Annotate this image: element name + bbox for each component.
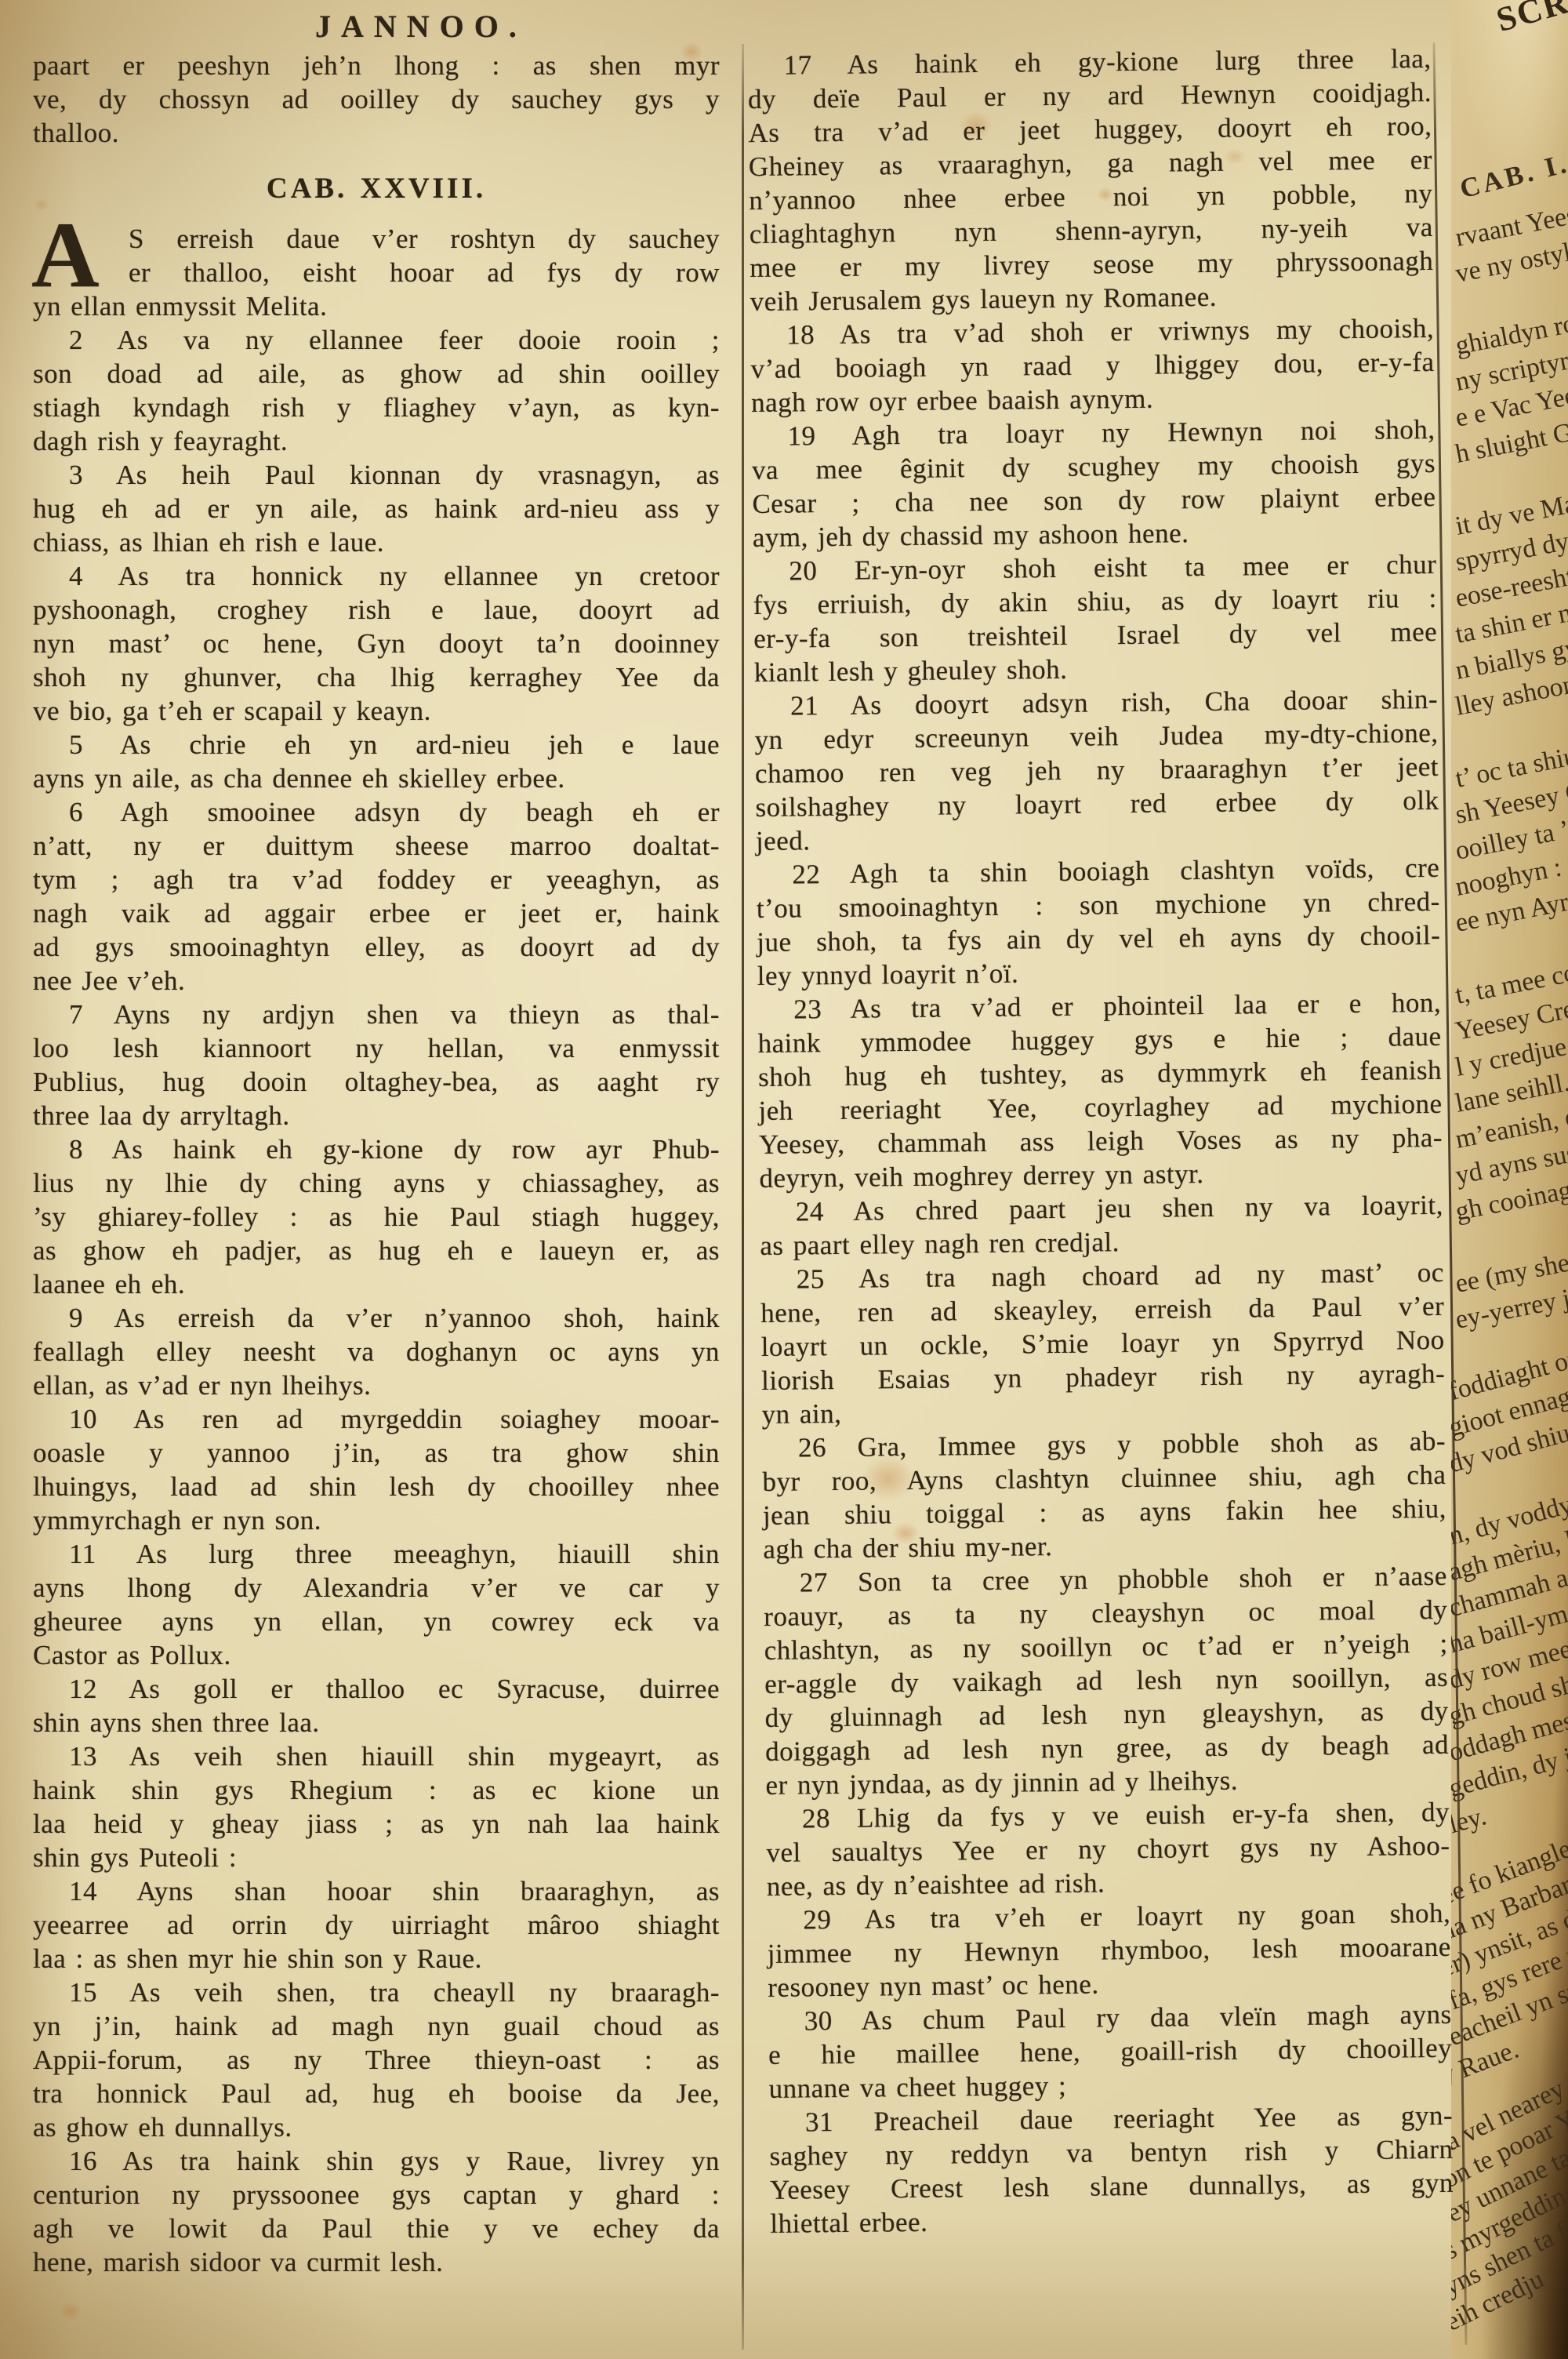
book-page-photo: { "page": { "running_head": "JANNOO.", "…	[0, 0, 1568, 2359]
verse: 17 As haink eh gy-kione lurg three laa,d…	[747, 42, 1434, 318]
verse-line: ayns lhong dy Alexandria v’er ve car y	[33, 1571, 720, 1605]
next-page-fragments: rvaant Yeeseyve ny ostyl, sghialdyn rony…	[1453, 221, 1568, 2350]
verse-line: Castor as Pollux.	[33, 1638, 720, 1672]
verse-line: mee er my livrey seose my phryssoonagh	[750, 244, 1433, 285]
verse-line: Yeesey Creest lesh slane dunnallys, as g…	[770, 2166, 1454, 2207]
verse: 25 As tra nagh choard ad ny mast’ ochene…	[760, 1256, 1446, 1431]
verse-line: yn j’in, haink ad magh nyn guail choud a…	[33, 2009, 720, 2043]
verse: 18 As tra v’ad shoh er vriwnys my choois…	[750, 311, 1435, 420]
verse-line: 15 As veih shen, tra cheayll ny braaragh…	[33, 1976, 720, 2009]
text-line: thalloo.	[33, 116, 720, 150]
verse: 7 Ayns ny ardjyn shen va thieyn as thal-…	[33, 998, 720, 1132]
text-line: er thalloo, eisht hooar ad fys dy row	[129, 256, 720, 289]
verse: 11 As lurg three meeaghyn, hiauill shina…	[33, 1537, 720, 1672]
running-head: JANNOO.	[315, 8, 527, 45]
verse-line: Cesar ; cha nee son dy row plaiynt erbee	[752, 480, 1436, 521]
verse-line: pyshoonagh, croghey rish e laue, dooyrt …	[33, 593, 720, 627]
verse-line: ve bio, ga t’eh er scapail y keayn.	[33, 694, 720, 728]
verse-line: 8 As haink eh gy-kione dy row ayr Phub-	[33, 1132, 720, 1166]
verse-line: ooasle y yannoo j’in, as tra ghow shin	[33, 1436, 720, 1470]
verse-line: haink shin gys Rhegium : as ec kione un	[33, 1773, 720, 1807]
right-column: 17 As haink eh gy-kione lurg three laa,d…	[747, 42, 1454, 2241]
verse-line: three laa dy arryltagh.	[33, 1099, 720, 1132]
verse: 30 As chum Paul ry daa vleïn magh aynse …	[768, 1997, 1452, 2106]
column-rule-center	[742, 44, 744, 2350]
verse-line: stiagh kyndagh rish y fliaghey v’ayn, as…	[33, 391, 720, 424]
verse-line: 16 As tra haink shin gys y Raue, livrey …	[33, 2144, 720, 2178]
verse-line: v’ad booiagh yn raad y lhiggey dou, er-y…	[750, 345, 1434, 386]
verse-line: tra honnick Paul ad, hug eh booise da Je…	[33, 2077, 720, 2110]
verse: 24 As chred paart jeu shen ny va loayrit…	[760, 1188, 1444, 1263]
verse-line: nee Jee v’eh.	[33, 964, 720, 998]
verse-line: laa : as shen myr hie shin son y Raue.	[33, 1942, 720, 1976]
text-line: ve, dy chossyn ad ooilley dy sauchey gys…	[33, 82, 720, 116]
verse-line: 2 As va ny ellannee feer dooie rooin ;	[33, 323, 720, 357]
verse-line: 13 As veih shen hiauill shin mygeayrt, a…	[33, 1739, 720, 1773]
verse-line: gheuree ayns yn ellan, yn cowrey eck va	[33, 1605, 720, 1638]
verse-line: soilshaghey ny loayrt red erbee dy olk	[755, 783, 1439, 824]
verse-line: shin ayns shen three laa.	[33, 1706, 720, 1739]
verse-line: 10 As ren ad myrgeddin soiaghey mooar-	[33, 1402, 720, 1436]
verse-line: shoh ny ghunver, cha lhig kerraghey Yee …	[33, 660, 720, 694]
verse: 14 Ayns shan hooar shin braaraghyn, asye…	[33, 1874, 720, 1976]
text-line: paart er peeshyn jeh’n lhong : as shen m…	[33, 49, 720, 82]
verse: 26 Gra, Immee gys y pobble shoh as ab-by…	[762, 1424, 1447, 1566]
verse-line: centurion ny pryssoonee gys captan y gha…	[33, 2178, 720, 2212]
verse-line: 9 As erreish da v’er n’yannoo shoh, hain…	[33, 1301, 720, 1335]
verse-line: laanee eh eh.	[33, 1267, 720, 1301]
verse-line: Yeesey, chammah ass leigh Voses as ny ph…	[759, 1121, 1443, 1161]
verse-line: jimmee ny Hewnyn rhymboo, lesh mooarane	[768, 1930, 1451, 1971]
verse: 20 Er-yn-oyr shoh eisht ta mee er churfy…	[753, 547, 1438, 689]
verse-line: 11 As lurg three meeaghyn, hiauill shin	[33, 1537, 720, 1571]
verse-line: feallagh elley neesht va doghanyn oc ayn…	[33, 1335, 720, 1369]
chapter-opening-verse: A S erreish daue v’er roshtyn dy sauchey…	[33, 222, 720, 323]
verse-line: tym ; agh tra v’ad foddey er yeeaghyn, a…	[33, 863, 720, 896]
verse-line: e hie maillee hene, goaill-rish dy chooi…	[768, 2031, 1452, 2072]
verse-line: doiggagh ad lesh nyn gree, as dy beagh a…	[765, 1728, 1449, 1768]
verse: 29 As tra v’eh er loayrt ny goan shoh,ji…	[767, 1896, 1451, 2005]
verse-line: son doad ad aile, as ghow ad shin ooille…	[33, 357, 720, 391]
verse: 31 Preacheil daue reeriaght Yee as gyn-s…	[769, 2099, 1454, 2241]
verse: 13 As veih shen hiauill shin mygeayrt, a…	[33, 1739, 720, 1874]
verse: 19 Agh tra loayr ny Hewnyn noi shoh,va m…	[751, 413, 1436, 554]
verse-line: 4 As tra honnick ny ellannee yn cretoor	[33, 559, 720, 593]
verse-line: hene, marish sidoor va curmit lesh.	[33, 2245, 720, 2279]
next-page-curled-edge: SCREE CAB. I. rvaant Yeeseyve ny ostyl, …	[1451, 0, 1568, 2359]
verse-line: ad gys smooinaghtyn elley, as dooyrt ad …	[33, 930, 720, 964]
left-column: paart er peeshyn jeh’n lhong : as shen m…	[33, 49, 720, 2279]
verse-line: jean shiu toiggal : as ayns fakin hee sh…	[763, 1492, 1446, 1532]
verse-line: 5 As chrie eh yn ard-nieu jeh e laue	[33, 728, 720, 761]
verse-line: vel saualtys Yee er ny choyrt gys ny Ash…	[766, 1829, 1450, 1870]
opening-lines: S erreish daue v’er roshtyn dy saucheyer…	[33, 222, 720, 323]
verse: 6 Agh smooinee adsyn dy beagh eh ern’att…	[33, 795, 720, 998]
verse-line: n’att, ny er duittym sheese marroo doalt…	[33, 829, 720, 863]
verse-line: 24 As chred paart jeu shen ny va loayrit…	[760, 1188, 1443, 1229]
verse-line: ymmyrchagh er nyn son.	[33, 1503, 720, 1537]
drop-cap: A	[31, 219, 100, 291]
next-page-running-head-fragment: SCREE	[1492, 0, 1568, 40]
verse-line: 12 As goll er thalloo ec Syracuse, duirr…	[33, 1672, 720, 1706]
verse: 10 As ren ad myrgeddin soiaghey mooar-oo…	[33, 1402, 720, 1537]
verse-line: ’sy ghiarey-folley : as hie Paul stiagh …	[33, 1200, 720, 1234]
verse: 4 As tra honnick ny ellannee yn cretoorp…	[33, 559, 720, 728]
verse-line: yeearree ad orrin dy uirriaght mâroo shi…	[33, 1908, 720, 1942]
verse: 2 As va ny ellannee feer dooie rooin ;so…	[33, 323, 720, 458]
verse-line: as ghow eh padjer, as hug eh e laueyn er…	[33, 1234, 720, 1267]
verse: 8 As haink eh gy-kione dy row ayr Phub-l…	[33, 1132, 720, 1301]
verse-line: chiass, as lhian eh rish e laue.	[33, 525, 720, 559]
verse: 9 As erreish da v’er n’yannoo shoh, hain…	[33, 1301, 720, 1402]
verse-line: Publius, hug dooin oltaghey-bea, as aagh…	[33, 1065, 720, 1099]
previous-chapter-continuation: paart er peeshyn jeh’n lhong : as shen m…	[33, 49, 720, 150]
verse-line: loo lesh kiannoort ny hellan, va enmyssi…	[33, 1031, 720, 1065]
chapter-heading: CAB. XXVIII.	[33, 172, 720, 206]
verse-line: as ghow eh dunnallys.	[33, 2110, 720, 2144]
verse-line: lhiettal erbee.	[770, 2200, 1454, 2241]
verse-line: Appii-forum, as ny Three thieyn-oast : a…	[33, 2043, 720, 2077]
verse-line: shin gys Puteoli :	[33, 1841, 720, 1874]
verse: 5 As chrie eh yn ard-nieu jeh e laueayns…	[33, 728, 720, 795]
verse-line: 7 Ayns ny ardjyn shen va thieyn as thal-	[33, 998, 720, 1031]
verse-line: hug eh ad er yn aile, as haink ard-nieu …	[33, 492, 720, 525]
verse: 23 As tra v’ad er phointeil laa er e hon…	[757, 986, 1443, 1195]
verse-line: dagh rish y feayraght.	[33, 424, 720, 458]
verse-line: lius ny lhie dy ching ayns y chiassaghey…	[33, 1166, 720, 1200]
verse-line: liorish Esaias yn phadeyr rish ny ayragh…	[761, 1357, 1445, 1398]
verse-line: nyn mast’ oc hene, Gyn dooyt ta’n dooinn…	[33, 627, 720, 660]
verse-line: er-y-fa son treishteil Israel dy vel mee	[753, 615, 1437, 656]
verse: 28 Lhig da fys y ve euish er-y-fa shen, …	[766, 1795, 1450, 1903]
verse-line: ayns yn aile, as cha dennee eh skielley …	[33, 761, 720, 795]
left-verses: 2 As va ny ellannee feer dooie rooin ;so…	[33, 323, 720, 2279]
verse: 27 Son ta cree yn phobble shoh er n’aase…	[764, 1559, 1450, 1802]
next-page-chapter-heading: CAB. I.	[1457, 147, 1568, 205]
verse-line: laa heid y gheay jiass ; as yn nah laa h…	[33, 1807, 720, 1841]
verse-line: jue shoh, ta fys ain dy vel eh ayns dy c…	[757, 918, 1440, 959]
verse-line: agh ve lowit da Paul thie y ve echey da	[33, 2212, 720, 2245]
next-page-content: SCREE CAB. I. rvaant Yeeseyve ny ostyl, …	[1451, 0, 1568, 2359]
verse: 3 As heih Paul kionnan dy vrasnagyn, ash…	[33, 458, 720, 559]
verse-line: 3 As heih Paul kionnan dy vrasnagyn, as	[33, 458, 720, 492]
verse: 15 As veih shen, tra cheayll ny braaragh…	[33, 1976, 720, 2144]
verse: 21 As dooyrt adsyn rish, Cha dooar shin-…	[754, 682, 1439, 858]
verse-line: 6 Agh smooinee adsyn dy beagh eh er	[33, 795, 720, 829]
verse-line: 14 Ayns shan hooar shin braaraghyn, as	[33, 1874, 720, 1908]
text-line: yn ellan enmyssit Melita.	[33, 289, 720, 323]
verse: 16 As tra haink shin gys y Raue, livrey …	[33, 2144, 720, 2279]
right-verses: 17 As haink eh gy-kione lurg three laa,d…	[747, 42, 1454, 2241]
text-line: S erreish daue v’er roshtyn dy sauchey	[129, 222, 720, 256]
verse-line: ellan, as v’ad er nyn lheihys.	[33, 1369, 720, 1402]
fox-stain	[55, 2298, 86, 2324]
verse-line: nagh vaik ad aggair erbee er jeet er, ha…	[33, 896, 720, 930]
verse: 12 As goll er thalloo ec Syracuse, duirr…	[33, 1672, 720, 1739]
verse: 22 Agh ta shin booiagh clashtyn voïds, c…	[756, 851, 1441, 993]
verse-line: lhuingys, laad ad shin lesh dy chooilley…	[33, 1470, 720, 1503]
